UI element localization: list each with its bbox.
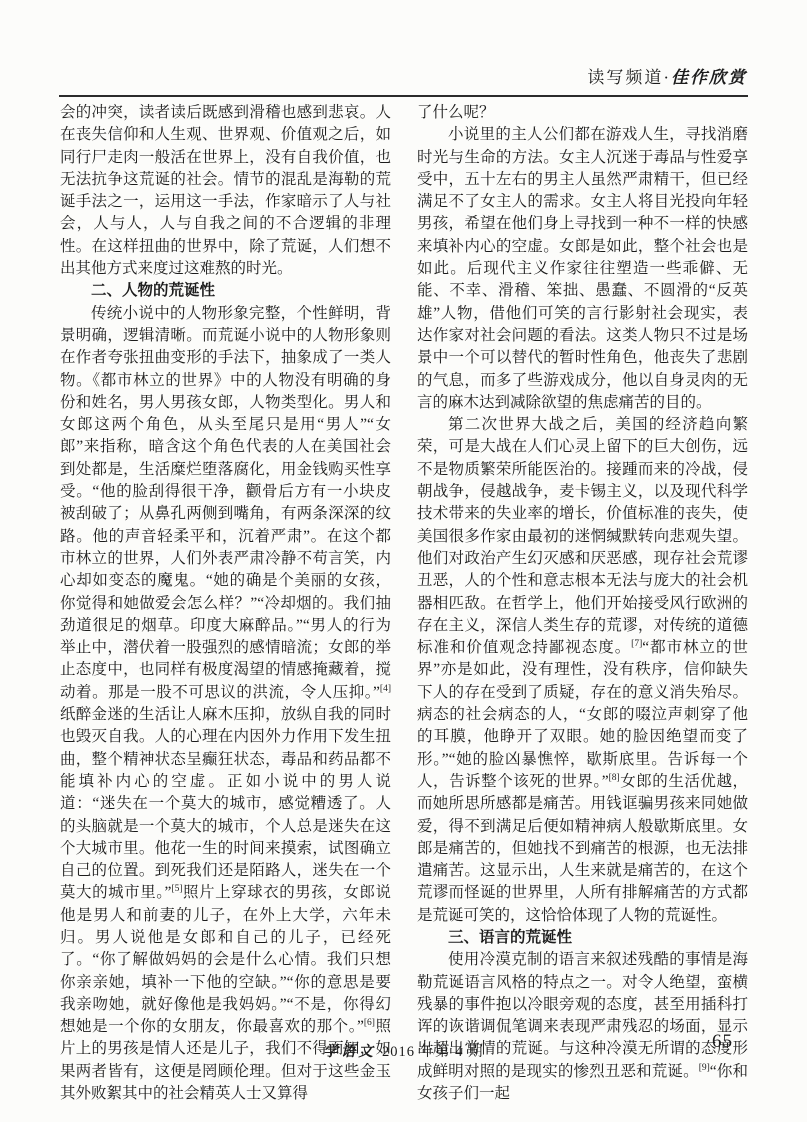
section-heading: 三、语言的荒诞性 bbox=[417, 927, 748, 949]
section-heading: 二、人物的荒诞性 bbox=[60, 280, 391, 302]
body-paragraph: 会的冲突，读者读后既感到滑稽也感到悲哀。人在丧失信仰和人生观、世界观、价值观之后… bbox=[60, 102, 391, 280]
body-paragraph: 小说里的主人公们都在游戏人生，寻找消磨时光与生命的方法。女主人沉迷于毒品与性爱享… bbox=[417, 124, 748, 414]
article-body: 会的冲突，读者读后既感到滑稽也感到悲哀。人在丧失信仰和人生观、世界观、价值观之后… bbox=[60, 102, 748, 1105]
footnote-reference: [8] bbox=[609, 773, 620, 783]
page-header: 读写频道·佳作欣赏 bbox=[587, 63, 747, 88]
journal-name: 学语文 bbox=[323, 1044, 376, 1060]
footnote-reference: [9] bbox=[699, 1063, 710, 1073]
journal-page: 读写频道·佳作欣赏 会的冲突，读者读后既感到滑稽也感到悲哀。人在丧失信仰和人生观… bbox=[0, 0, 807, 1122]
footnote-reference: [4] bbox=[380, 684, 391, 694]
column-title: 佳作欣赏 bbox=[671, 68, 747, 87]
section-label: 读写频道 bbox=[587, 68, 663, 87]
footnote-reference: [7] bbox=[631, 639, 642, 649]
footnote-reference: [6] bbox=[364, 1018, 375, 1028]
page-number: 65 bbox=[712, 1031, 733, 1053]
body-paragraph: 了什么呢？ bbox=[417, 102, 748, 124]
header-rule bbox=[59, 95, 748, 97]
body-paragraph: 使用冷漠克制的语言来叙述残酷的事情是海勒荒诞语言风格的特点之一。对令人绝望，蛮横… bbox=[417, 949, 748, 1105]
body-paragraph: 传统小说中的人物形象完整，个性鲜明，背景明确，逻辑清晰。而荒诞小说中的人物形象则… bbox=[60, 303, 391, 1106]
issue-info: 2016 年第 4 期 bbox=[382, 1044, 484, 1060]
page-footer: 学语文2016 年第 4 期 bbox=[0, 1040, 807, 1061]
right-column: 了什么呢？小说里的主人公们都在游戏人生，寻找消磨时光与生命的方法。女主人沉迷于毒… bbox=[417, 102, 748, 1105]
footnote-reference: [5] bbox=[171, 884, 182, 894]
body-paragraph: 第二次世界大战之后，美国的经济趋向繁荣，可是大战在人们心灵上留下的巨大创伤，远不… bbox=[417, 414, 748, 927]
header-separator-dot: · bbox=[663, 68, 671, 87]
left-column: 会的冲突，读者读后既感到滑稽也感到悲哀。人在丧失信仰和人生观、世界观、价值观之后… bbox=[60, 102, 391, 1105]
